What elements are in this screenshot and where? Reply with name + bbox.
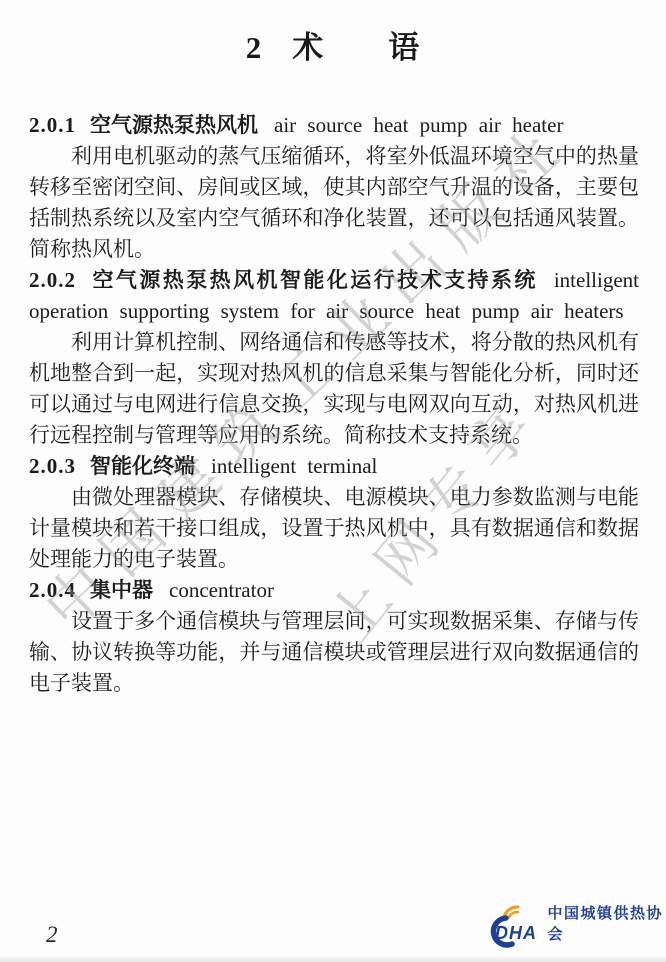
term-chinese: 空气源热泵热风机 — [90, 113, 258, 137]
dha-letters: DHA — [495, 923, 537, 944]
term-definition: 利用电机驱动的蒸气压缩循环，将室外低温环境空气中的热量转移至密闭空间、房间或区域… — [29, 141, 639, 265]
page-title: 2术语 — [0, 22, 666, 67]
term-heading: 2.0.3智能化终端intelligent terminal — [29, 451, 639, 482]
term-definition: 设置于多个通信模块与管理层间，可实现数据采集、存储与传输、协议转换等功能，并与通… — [29, 606, 639, 699]
term-chinese: 智能化终端 — [90, 454, 195, 478]
section-number: 2.0.4 — [29, 578, 76, 602]
page-number: 2 — [46, 922, 58, 948]
title-char-1: 术 — [292, 30, 324, 65]
term-english: intelligent terminal — [211, 454, 377, 478]
chapter-number: 2 — [246, 30, 263, 65]
page-bottom-shadow — [0, 956, 666, 962]
term-chinese: 集中器 — [90, 578, 153, 602]
document-page: 2术语 2.0.1空气源热泵热风机air source heat pump ai… — [0, 0, 666, 962]
section-number: 2.0.2 — [29, 268, 76, 292]
association-name: 中国城镇供热协会 — [547, 902, 666, 944]
term-heading: 2.0.1空气源热泵热风机air source heat pump air he… — [29, 110, 639, 141]
term-definition: 利用计算机控制、网络通信和传感等技术，将分散的热风机有机地整合到一起，实现对热风… — [29, 327, 639, 451]
term-chinese: 空气源热泵热风机智能化运行技术支持系统 — [90, 268, 538, 292]
term-english: air source heat pump air heater — [274, 113, 563, 137]
dha-logo-mark: DHA — [482, 903, 539, 949]
term-heading: 2.0.4集中器concentrator — [29, 575, 639, 606]
term-definition: 由微处理器模块、存储模块、电源模块、电力参数监测与电能计量模块和若干接口组成，设… — [29, 482, 639, 575]
orange-arc-inner — [509, 912, 518, 917]
association-logo: DHA 中国城镇供热协会 — [482, 902, 666, 949]
section-number: 2.0.1 — [29, 113, 76, 137]
section-number: 2.0.3 — [29, 454, 76, 478]
terminology-content: 2.0.1空气源热泵热风机air source heat pump air he… — [29, 110, 639, 699]
term-heading: 2.0.2空气源热泵热风机智能化运行技术支持系统intelligent oper… — [29, 265, 639, 327]
term-english: concentrator — [169, 578, 274, 602]
title-char-2: 语 — [388, 30, 420, 65]
